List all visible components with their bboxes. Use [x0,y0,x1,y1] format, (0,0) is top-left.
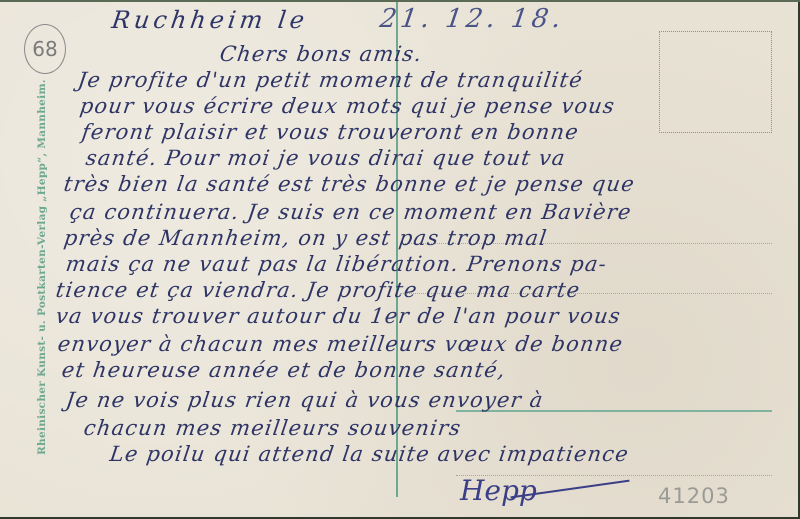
letter-line: près de Mannheim, on y est pas trop mal [62,226,549,250]
letter-line: chacun mes meilleurs souvenirs [82,416,463,440]
letter-line: envoyer à chacun mes meilleurs vœux de b… [56,332,625,356]
stamp-box [659,31,772,133]
letter-line: très bien la santé est très bonne et je … [62,172,636,196]
archive-mark: 68 [24,24,66,74]
letter-line: Le poilu qui attend la suite avec impati… [108,442,630,466]
postcard-back: Rheinischer Kunst- u. Postkarten-Verlag … [0,0,800,519]
letter-line: et heureuse année et de bonne santé, [60,358,507,382]
letter-line: mais ça ne vaut pas la libération. Preno… [64,252,608,276]
place-line: Ruchheim le [110,6,310,34]
signature: Hepp [460,474,537,507]
letter-line: feront plaisir et vous trouveront en bon… [80,120,580,144]
letter-line: Je profite d'un petit moment de tranquil… [76,68,584,92]
letter-line: ça continuera. Je suis en ce moment en B… [68,200,633,224]
letter-line: santé. Pour moi je vous dirai que tout v… [84,146,567,170]
letter-line: va vous trouver autour du 1er de l'an po… [54,304,622,328]
card-edge [0,0,800,2]
letter-line: tience et ça viendra. Je profite que ma … [54,278,582,302]
inventory-number: 41203 [658,484,730,508]
salutation: Chers bons amis. [218,42,424,66]
date: 21. 12. 18. [378,4,567,34]
publisher-imprint: Rheinischer Kunst- u. Postkarten-Verlag … [36,79,48,455]
letter-line: pour vous écrire deux mots qui je pense … [78,94,616,118]
letter-line: Je ne vois plus rien qui à vous envoyer … [64,388,545,412]
